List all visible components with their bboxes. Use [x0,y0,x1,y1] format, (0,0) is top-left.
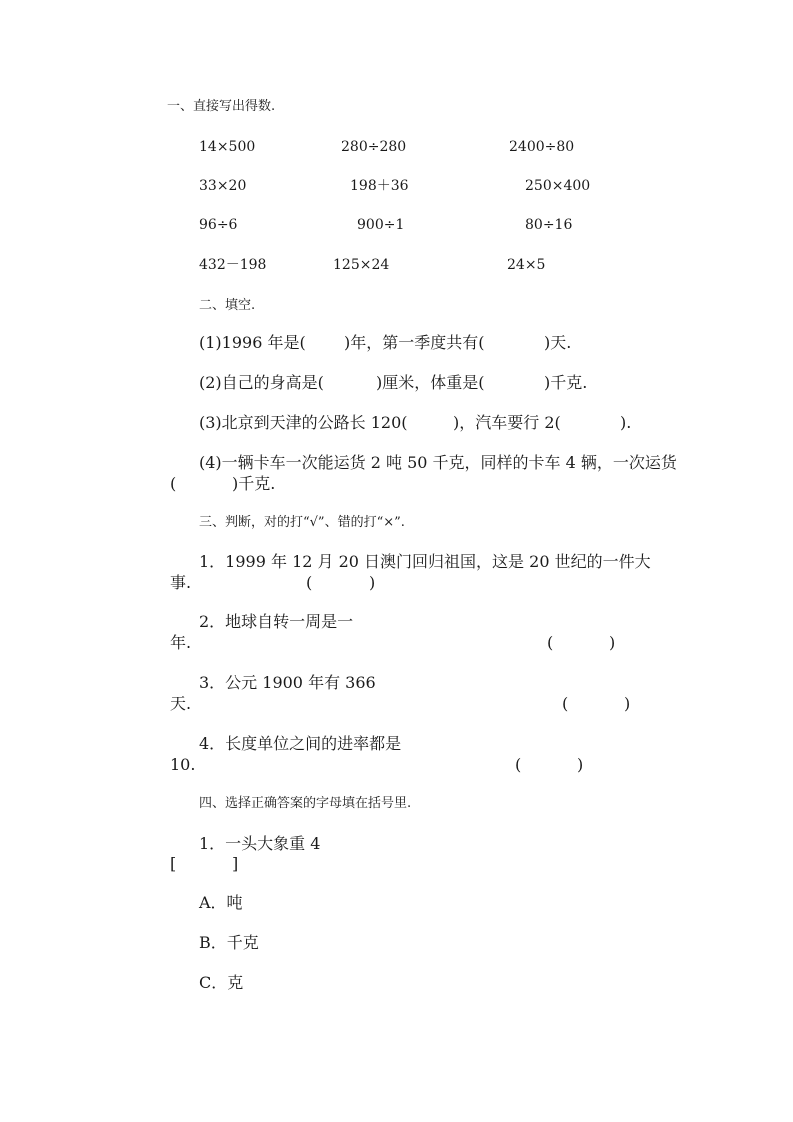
answer-paren-close: ) [609,635,615,651]
answer-paren-close: ) [624,696,630,712]
answer-paren-open: ( [562,696,568,712]
problem: 96÷6 [199,218,237,232]
question-text: 事. [170,575,191,591]
question-text: )厘米，体重是( [376,375,485,391]
problem: 432－198 [199,258,266,272]
question-text: (1)1996 年是( [199,335,306,351]
answer-paren-open: ( [547,635,553,651]
question-text: )，汽车要行 2( [453,415,561,431]
problem: 24×5 [507,258,545,272]
question-text: 1．1999 年 12 月 20 日澳门回归祖国，这是 20 世纪的一件大 [199,554,651,570]
question-text: (3)北京到天津的公路长 120( [199,415,408,431]
answer-paren-open: ( [306,575,312,591]
option-b: B．千克 [199,935,259,951]
question-text: 天. [170,696,191,712]
question-text: (2)自己的身高是( [199,375,324,391]
problem: 125×24 [333,258,389,272]
problem: 33×20 [199,179,246,193]
problem: 900÷1 [357,218,404,232]
answer-bracket-open: [ [170,856,176,872]
section-4-title: 四、选择正确答案的字母填在括号里. [199,797,411,810]
question-text: (4)一辆卡车一次能运货 2 吨 50 千克，同样的卡车 4 辆，一次运货 [199,455,677,471]
answer-paren-open: ( [515,757,521,773]
question-text: 3．公元 1900 年有 366 [199,675,376,691]
problem: 14×500 [199,140,255,154]
question-text: 1．一头大象重 4 [199,836,320,852]
problem: 2400÷80 [509,140,574,154]
question-text: )天. [544,335,571,351]
problem: 250×400 [525,179,590,193]
question-text: )千克. [232,476,275,492]
question-text: 2．地球自转一周是一 [199,614,353,630]
option-c: C．克 [199,975,243,991]
section-2-title: 二、填空. [199,299,255,312]
question-text: ). [620,415,631,431]
answer-paren-close: ) [577,757,583,773]
answer-bracket-close: ] [232,856,238,872]
blank-open: ( [170,476,176,492]
problem: 198＋36 [350,179,409,193]
problem: 280÷280 [341,140,406,154]
question-text: )千克. [544,375,587,391]
question-text: 年. [170,635,191,651]
section-3-title: 三、判断，对的打“√”、错的打“×”. [199,516,405,529]
problem: 80÷16 [525,218,572,232]
question-text: )年，第一季度共有( [344,335,485,351]
question-text: 10. [170,757,195,773]
answer-paren-close: ) [369,575,375,591]
option-a: A．吨 [199,895,243,911]
section-1-title: 一、直接写出得数. [167,100,275,113]
question-text: 4．长度单位之间的进率都是 [199,736,401,752]
